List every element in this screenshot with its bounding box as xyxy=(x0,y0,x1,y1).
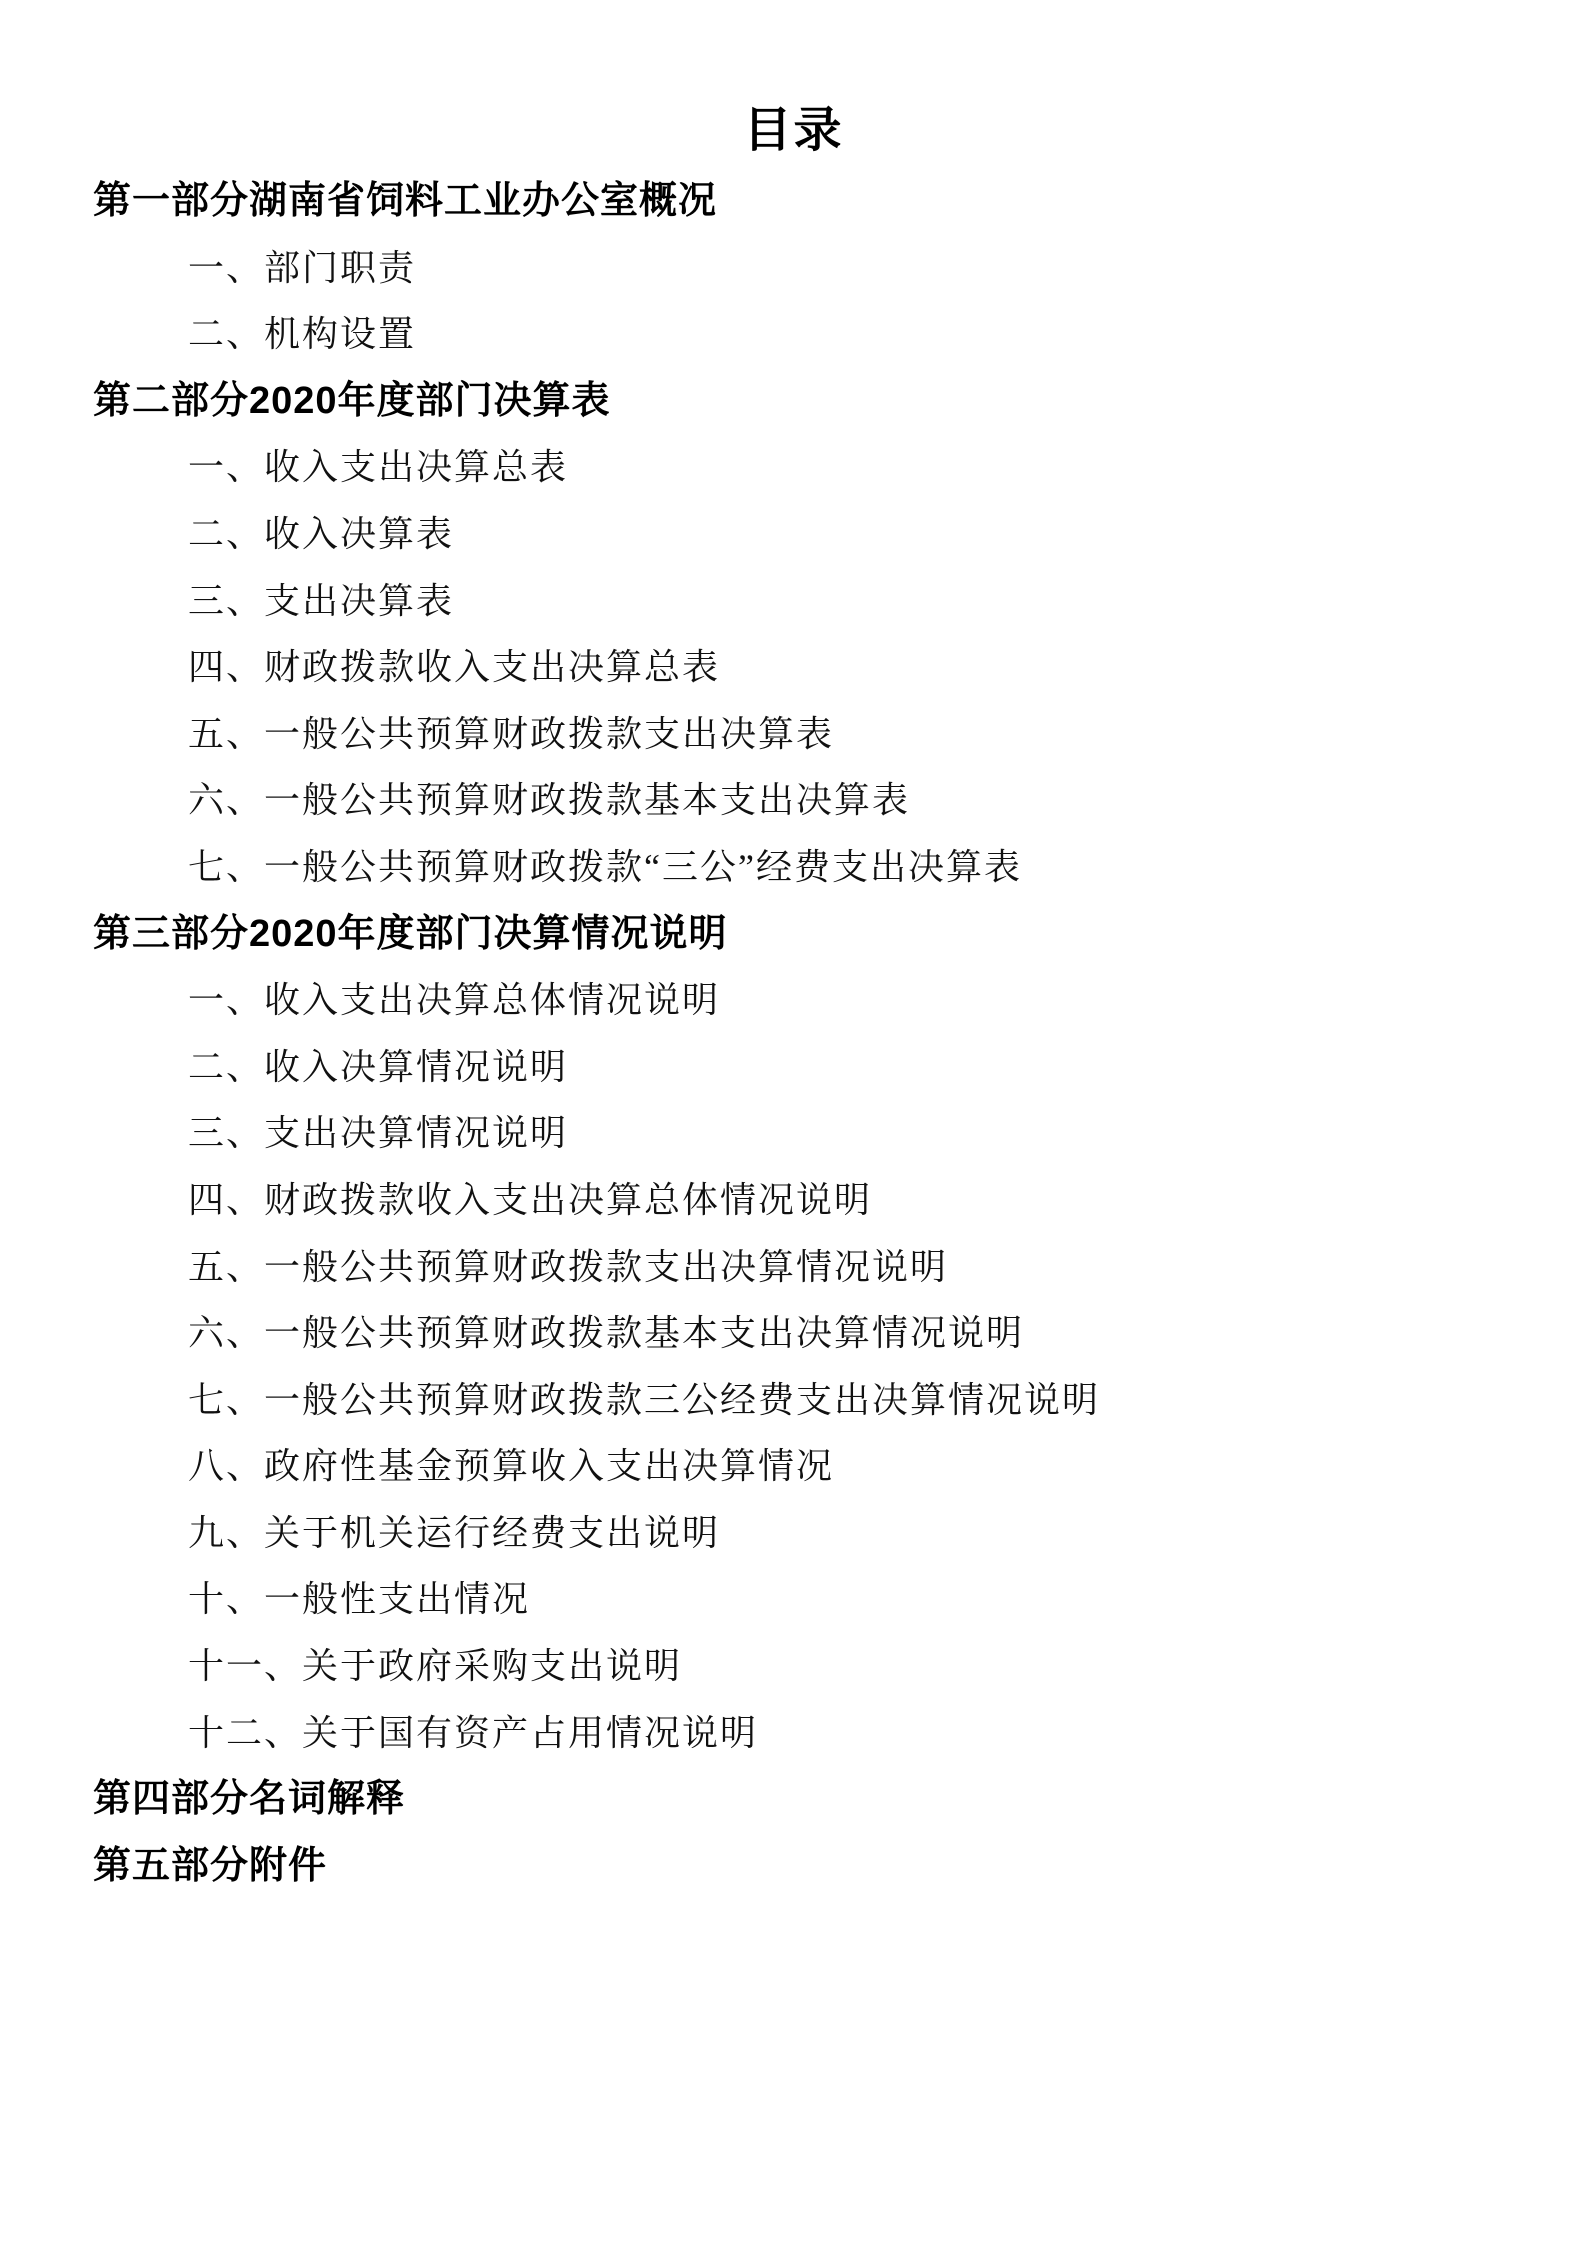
toc-section-header: 第三部分2020年度部门决算情况说明 xyxy=(93,901,1587,968)
toc-section-header: 第二部分2020年度部门决算表 xyxy=(93,368,1587,435)
toc-item: 十二、关于国有资产占用情况说明 xyxy=(188,1700,1587,1767)
toc-item: 一、部门职责 xyxy=(188,235,1587,302)
toc-item: 三、支出决算表 xyxy=(188,568,1587,635)
toc-section-header: 第四部分名词解释 xyxy=(93,1766,1587,1833)
toc-item: 八、政府性基金预算收入支出决算情况 xyxy=(188,1433,1587,1500)
toc-item: 一、收入支出决算总表 xyxy=(188,434,1587,501)
toc-item: 三、支出决算情况说明 xyxy=(188,1100,1587,1167)
toc-section-header: 第五部分附件 xyxy=(93,1833,1587,1900)
toc-item: 六、一般公共预算财政拨款基本支出决算情况说明 xyxy=(188,1300,1587,1367)
toc-item: 十一、关于政府采购支出说明 xyxy=(188,1633,1587,1700)
toc-item: 四、财政拨款收入支出决算总表 xyxy=(188,634,1587,701)
toc-item: 二、收入决算情况说明 xyxy=(188,1034,1587,1101)
toc-item: 五、一般公共预算财政拨款支出决算情况说明 xyxy=(188,1234,1587,1301)
toc-item: 七、一般公共预算财政拨款“三公”经费支出决算表 xyxy=(188,834,1587,901)
toc-item: 五、一般公共预算财政拨款支出决算表 xyxy=(188,701,1587,768)
toc-item: 七、一般公共预算财政拨款三公经费支出决算情况说明 xyxy=(188,1367,1587,1434)
toc-item: 十、一般性支出情况 xyxy=(188,1566,1587,1633)
toc-item: 九、关于机关运行经费支出说明 xyxy=(188,1500,1587,1567)
table-of-contents: 第一部分湖南省饲料工业办公室概况一、部门职责二、机构设置第二部分2020年度部门… xyxy=(0,168,1587,1899)
toc-item: 二、收入决算表 xyxy=(188,501,1587,568)
toc-item: 六、一般公共预算财政拨款基本支出决算表 xyxy=(188,767,1587,834)
document-page: 目录 第一部分湖南省饲料工业办公室概况一、部门职责二、机构设置第二部分2020年… xyxy=(0,0,1587,2245)
toc-item: 二、机构设置 xyxy=(188,301,1587,368)
page-title: 目录 xyxy=(0,0,1587,166)
toc-item: 一、收入支出决算总体情况说明 xyxy=(188,967,1587,1034)
toc-item: 四、财政拨款收入支出决算总体情况说明 xyxy=(188,1167,1587,1234)
toc-section-header: 第一部分湖南省饲料工业办公室概况 xyxy=(93,168,1587,235)
